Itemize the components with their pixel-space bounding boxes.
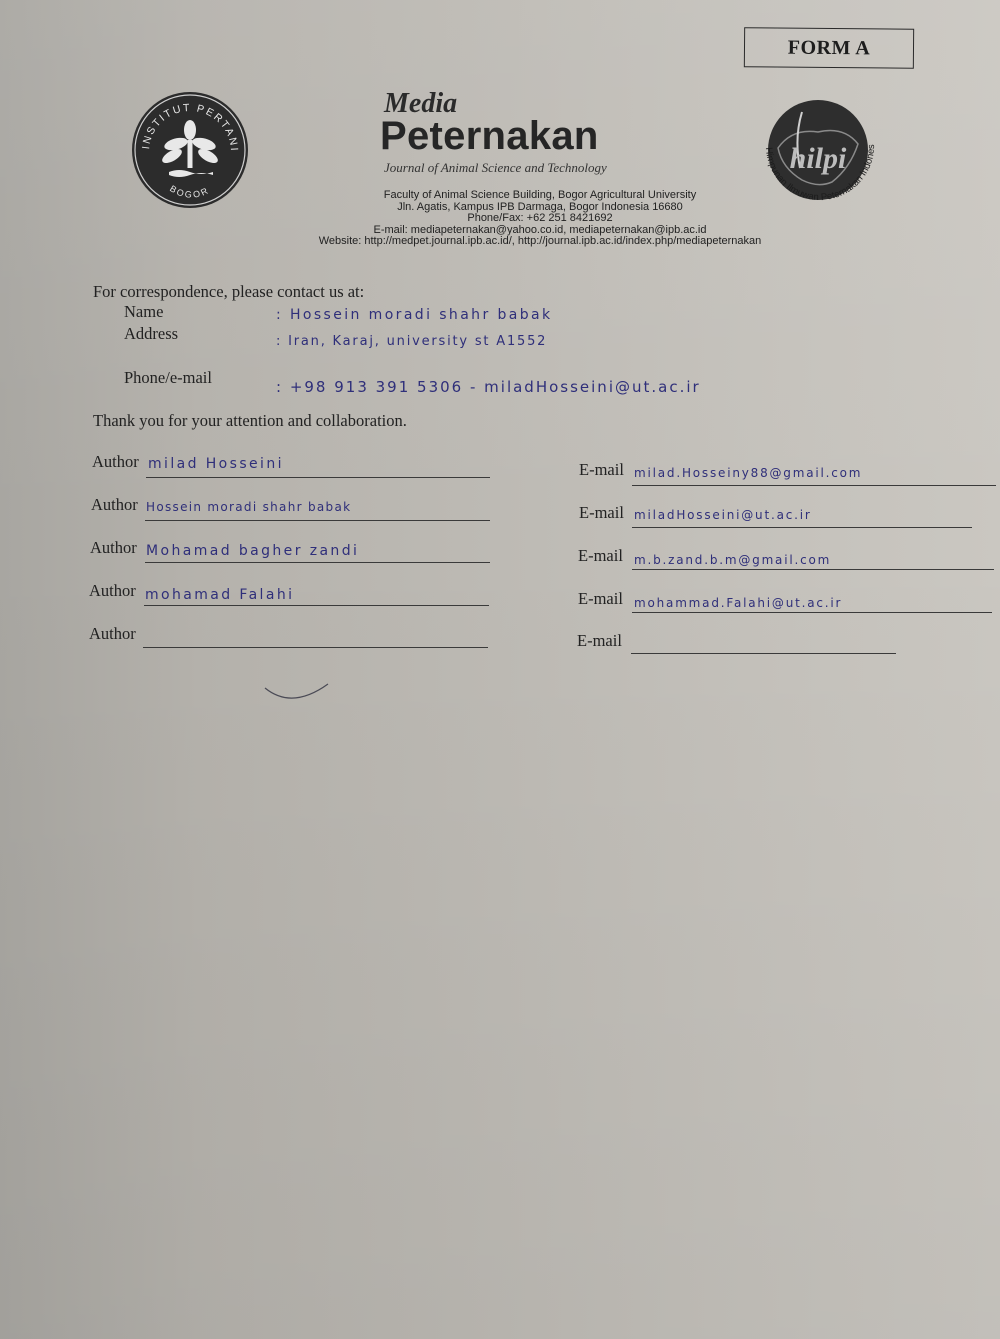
address-line: Faculty of Animal Science Building, Bogo… <box>250 190 830 202</box>
masthead-title: Peternakan <box>380 114 599 159</box>
thanks-text: Thank you for your attention and collabo… <box>93 411 407 431</box>
author-name-field[interactable]: milad Hosseini <box>148 456 284 472</box>
email-underline <box>631 653 896 654</box>
address-value: : Iran, Karaj, university st A1552 <box>276 334 547 349</box>
author-underline <box>145 520 490 521</box>
email-field[interactable]: m.b.zand.b.m@gmail.com <box>634 553 831 567</box>
correspondence-intro: For correspondence, please contact us at… <box>93 282 364 302</box>
email-underline <box>632 569 994 570</box>
author-name-field[interactable]: Hossein moradi shahr babak <box>146 500 351 514</box>
phone-email-label: Phone/e-mail <box>124 368 212 388</box>
journal-contact-block: Faculty of Animal Science Building, Bogo… <box>250 190 830 248</box>
author-name-field[interactable]: Mohamad bagher zandi <box>146 543 359 559</box>
author-label: Author <box>89 624 136 644</box>
email-underline <box>632 485 996 486</box>
email-field[interactable]: milad.Hosseiny88@gmail.com <box>634 466 862 480</box>
author-label: Author <box>89 581 136 601</box>
form-label-box: FORM A <box>744 27 914 68</box>
svg-text:hilpi: hilpi <box>790 142 847 175</box>
author-name-field[interactable]: mohamad Falahi <box>145 587 294 603</box>
email-underline <box>632 612 992 613</box>
email-label: E-mail <box>579 460 624 480</box>
hilpi-emblem-icon: hilpi Himpunan Ilmuwan Peternakan Indone… <box>752 98 884 228</box>
email-underline <box>632 527 972 528</box>
author-underline <box>145 562 490 563</box>
name-label: Name <box>124 302 163 322</box>
author-underline <box>143 647 488 648</box>
email-field[interactable]: mohammad.Falahi@ut.ac.ir <box>634 596 842 610</box>
author-underline <box>144 605 489 606</box>
institut-pertanian-bogor-seal-icon: INSTITUT PERTANIAN BOGOR <box>127 90 253 210</box>
form-label: FORM A <box>788 36 871 60</box>
address-line: Website: http://medpet.journal.ipb.ac.id… <box>250 236 830 248</box>
email-label: E-mail <box>577 631 622 651</box>
pen-stroke-mark <box>262 680 334 708</box>
masthead-subtitle: Journal of Animal Science and Technology <box>384 160 607 176</box>
email-label: E-mail <box>578 589 623 609</box>
name-value: : Hossein moradi shahr babak <box>276 307 553 323</box>
author-label: Author <box>90 538 137 558</box>
email-field[interactable]: miladHosseini@ut.ac.ir <box>634 508 812 522</box>
email-label: E-mail <box>578 546 623 566</box>
author-underline <box>146 477 490 478</box>
email-label: E-mail <box>579 503 624 523</box>
author-label: Author <box>91 495 138 515</box>
address-label: Address <box>124 324 178 344</box>
author-label: Author <box>92 452 139 472</box>
phone-email-value: : +98 913 391 5306 - miladHosseini@ut.ac… <box>276 378 701 396</box>
